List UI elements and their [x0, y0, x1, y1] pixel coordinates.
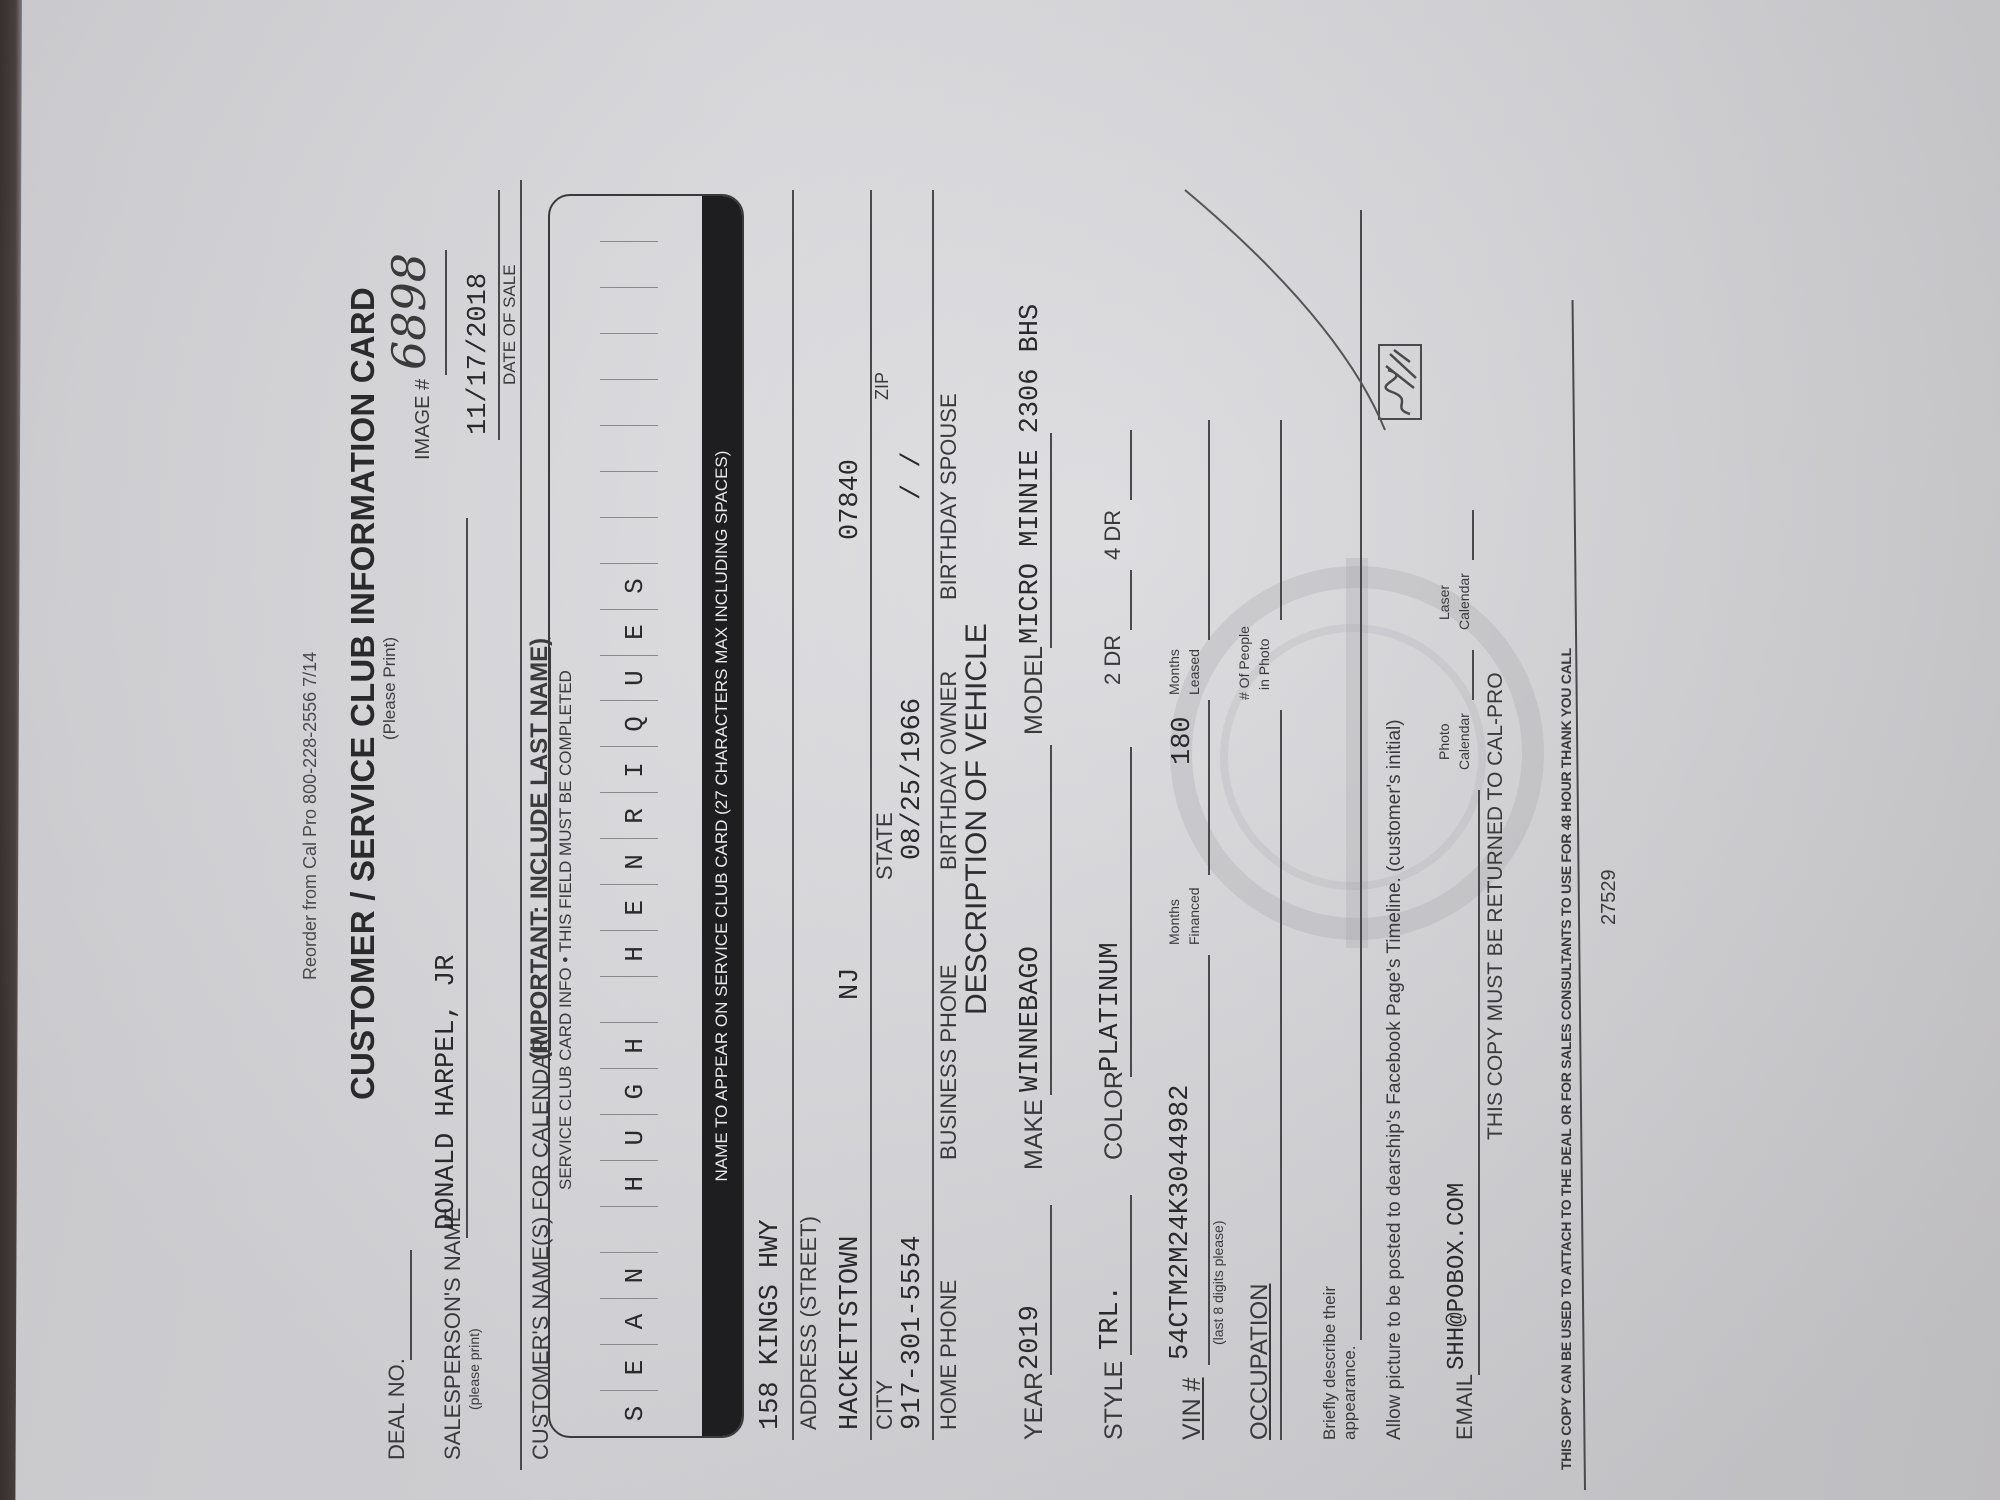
- two-door-label: 2 DR: [1100, 635, 1126, 685]
- make-field: [1050, 745, 1052, 1095]
- four-door-field[interactable]: [1130, 430, 1132, 500]
- make-value[interactable]: WINNEBAGO: [1016, 946, 1046, 1092]
- style-field: [1130, 1195, 1132, 1355]
- name-banner: NAME TO APPEAR ON SERVICE CLUB CARD (27 …: [702, 196, 742, 1436]
- city-value[interactable]: HACKETTSTOWN: [836, 1236, 866, 1430]
- name-character-cell[interactable]: S: [600, 1390, 658, 1436]
- name-character-cell[interactable]: H: [600, 1160, 658, 1206]
- year-field: [1050, 1205, 1052, 1375]
- image-no-label: IMAGE #: [412, 379, 435, 460]
- name-character-cell[interactable]: U: [600, 1114, 658, 1160]
- name-character-cell[interactable]: U: [600, 655, 658, 701]
- appearance-label-1: Briefly describe their: [1320, 1286, 1340, 1440]
- vin-value[interactable]: 54CTM2M24K3044982: [1166, 1085, 1196, 1360]
- model-field: [1050, 433, 1052, 648]
- months-financed-field: [1208, 700, 1210, 875]
- months-financed-label-1: Months: [1166, 899, 1182, 945]
- year-value[interactable]: 2019: [1016, 1305, 1046, 1370]
- name-character-cell[interactable]: [600, 425, 658, 471]
- vin-label: VIN #: [1178, 1377, 1207, 1440]
- form-number: 27529: [1598, 869, 1621, 925]
- name-character-cell[interactable]: N: [600, 838, 658, 884]
- initial-pen-stroke-icon: [1180, 180, 1400, 440]
- people-in-photo-label-1: # Of People: [1236, 626, 1252, 700]
- reorder-line: Reorder from Cal Pro 800-228-2556 7/14: [300, 652, 321, 980]
- name-character-cell[interactable]: S: [600, 563, 658, 609]
- salesperson-value[interactable]: DONALD HARPEL, JR: [432, 955, 462, 1230]
- laser-calendar-label-2: Calendar: [1456, 573, 1472, 630]
- home-phone-value[interactable]: 917-301-5554: [898, 1236, 928, 1430]
- model-value[interactable]: MICRO MINNIE 2306 BHS: [1016, 304, 1046, 644]
- footer-notice: THIS COPY CAN BE USED TO ATTACH TO THE D…: [1558, 648, 1574, 1470]
- salesperson-label: SALESPERSON'S NAME: [440, 1208, 466, 1460]
- name-character-cell[interactable]: [600, 333, 658, 379]
- date-of-sale-value[interactable]: 11/17/2018: [464, 273, 494, 435]
- birthday-spouse-value[interactable]: / /: [898, 451, 928, 500]
- desk-edge-shadow: [0, 0, 22, 1500]
- four-door-label: 4 DR: [1100, 510, 1126, 560]
- name-character-cell[interactable]: N: [600, 1252, 658, 1298]
- months-leased-label-2: Leased: [1186, 649, 1202, 695]
- deal-no-label: DEAL NO.: [384, 1358, 410, 1460]
- name-character-cell[interactable]: E: [600, 884, 658, 930]
- date-of-sale-label: DATE OF SALE: [500, 264, 520, 385]
- street-field: [792, 190, 794, 1440]
- deal-no-field[interactable]: [410, 1250, 412, 1360]
- service-club-information-card: Reorder from Cal Pro 800-228-2556 7/14 C…: [360, 40, 1860, 1500]
- two-door-field[interactable]: [1130, 570, 1132, 630]
- name-character-cell[interactable]: [600, 976, 658, 1022]
- contact-field: [932, 190, 934, 1440]
- birthday-owner-value[interactable]: 08/25/1966: [898, 698, 928, 860]
- people-in-photo-field[interactable]: [1280, 420, 1282, 620]
- home-phone-label: HOME PHONE: [936, 1280, 962, 1430]
- style-label: STYLE: [1100, 1361, 1129, 1440]
- name-character-cell[interactable]: G: [600, 1068, 658, 1114]
- occupation-field[interactable]: [1280, 710, 1282, 1440]
- name-character-cell[interactable]: [600, 241, 658, 287]
- appearance-label-2: appearance.: [1340, 1345, 1360, 1440]
- name-banner-text: NAME TO APPEAR ON SERVICE CLUB CARD (27 …: [712, 451, 732, 1182]
- months-leased-field[interactable]: [1208, 420, 1210, 640]
- street-value[interactable]: 158 KINGS HWY: [756, 1219, 786, 1430]
- image-no-field: [445, 250, 447, 375]
- name-character-cell[interactable]: I: [600, 746, 658, 792]
- name-character-cell[interactable]: R: [600, 792, 658, 838]
- laser-calendar-label-1: Laser: [1436, 585, 1452, 620]
- zip-value[interactable]: 07840: [836, 459, 866, 540]
- facebook-permission-text: Allow picture to be posted to dearship's…: [1384, 719, 1406, 1440]
- name-character-cell[interactable]: A: [600, 1298, 658, 1344]
- salesperson-field: [466, 518, 468, 1238]
- occupation-label: OCCUPATION: [1246, 1284, 1274, 1440]
- color-field: [1130, 747, 1132, 1077]
- months-leased-label-1: Months: [1166, 649, 1182, 695]
- name-character-cell[interactable]: Q: [600, 701, 658, 747]
- zip-label: ZIP: [872, 372, 893, 400]
- months-financed-value[interactable]: 180: [1168, 716, 1198, 765]
- birthday-spouse-label: BIRTHDAY SPOUSE: [936, 393, 962, 600]
- vehicle-section-title: DESCRIPTION OF VEHICLE: [960, 623, 994, 1015]
- name-character-cell[interactable]: H: [600, 1022, 658, 1068]
- salesperson-sub-label: (please print): [466, 1328, 482, 1410]
- email-value[interactable]: SHH@POBOX.COM: [1444, 1183, 1471, 1370]
- city-label: CITY: [872, 1380, 898, 1430]
- photo-calendar-label-2: Calendar: [1456, 713, 1472, 770]
- name-character-cell[interactable]: E: [600, 1344, 658, 1390]
- name-character-cells[interactable]: SEAN HUGH HENRIQUES: [600, 196, 658, 1436]
- people-in-photo-label-2: in Photo: [1256, 639, 1272, 690]
- email-field: [1478, 790, 1480, 1375]
- please-print-note: (Please Print): [380, 637, 400, 740]
- photo-calendar-label-1: Photo: [1436, 723, 1452, 760]
- state-value[interactable]: NJ: [836, 968, 866, 1000]
- name-character-cell[interactable]: [600, 1206, 658, 1252]
- page-title: CUSTOMER / SERVICE CLUB INFORMATION CARD: [344, 287, 382, 1100]
- business-phone-label: BUSINESS PHONE: [936, 964, 962, 1160]
- name-character-cell[interactable]: [600, 379, 658, 425]
- header-divider: [520, 180, 522, 1470]
- service-club-name-box: SEAN HUGH HENRIQUES NAME TO APPEAR ON SE…: [548, 194, 744, 1438]
- name-character-cell[interactable]: H: [600, 930, 658, 976]
- street-label: ADDRESS (STREET): [796, 1216, 822, 1430]
- name-character-cell[interactable]: [600, 287, 658, 333]
- months-financed-label-2: Financed: [1186, 887, 1202, 945]
- state-label: STATE: [872, 812, 898, 880]
- color-value[interactable]: PLATINUM: [1096, 942, 1126, 1072]
- return-notice: THIS COPY MUST BE RETURNED TO CAL-PRO: [1484, 672, 1508, 1140]
- photo-calendar-field[interactable]: [1472, 650, 1474, 700]
- vin-sub-label: (last 8 digits please): [1210, 1220, 1226, 1345]
- name-character-cell[interactable]: E: [600, 609, 658, 655]
- name-character-cell[interactable]: [600, 471, 658, 517]
- style-value[interactable]: TRL.: [1096, 1285, 1126, 1350]
- model-label: MODEL: [1020, 646, 1049, 735]
- color-label: COLOR: [1100, 1071, 1129, 1160]
- laser-calendar-field[interactable]: [1472, 510, 1474, 560]
- name-character-cell[interactable]: [600, 196, 658, 241]
- name-character-cell[interactable]: [600, 517, 658, 563]
- year-label: YEAR: [1020, 1372, 1049, 1440]
- email-label: EMAIL: [1452, 1374, 1478, 1440]
- birthday-owner-label: BIRTHDAY OWNER: [936, 671, 962, 870]
- make-label: MAKE: [1020, 1099, 1049, 1170]
- image-no-value[interactable]: 6898: [382, 253, 436, 370]
